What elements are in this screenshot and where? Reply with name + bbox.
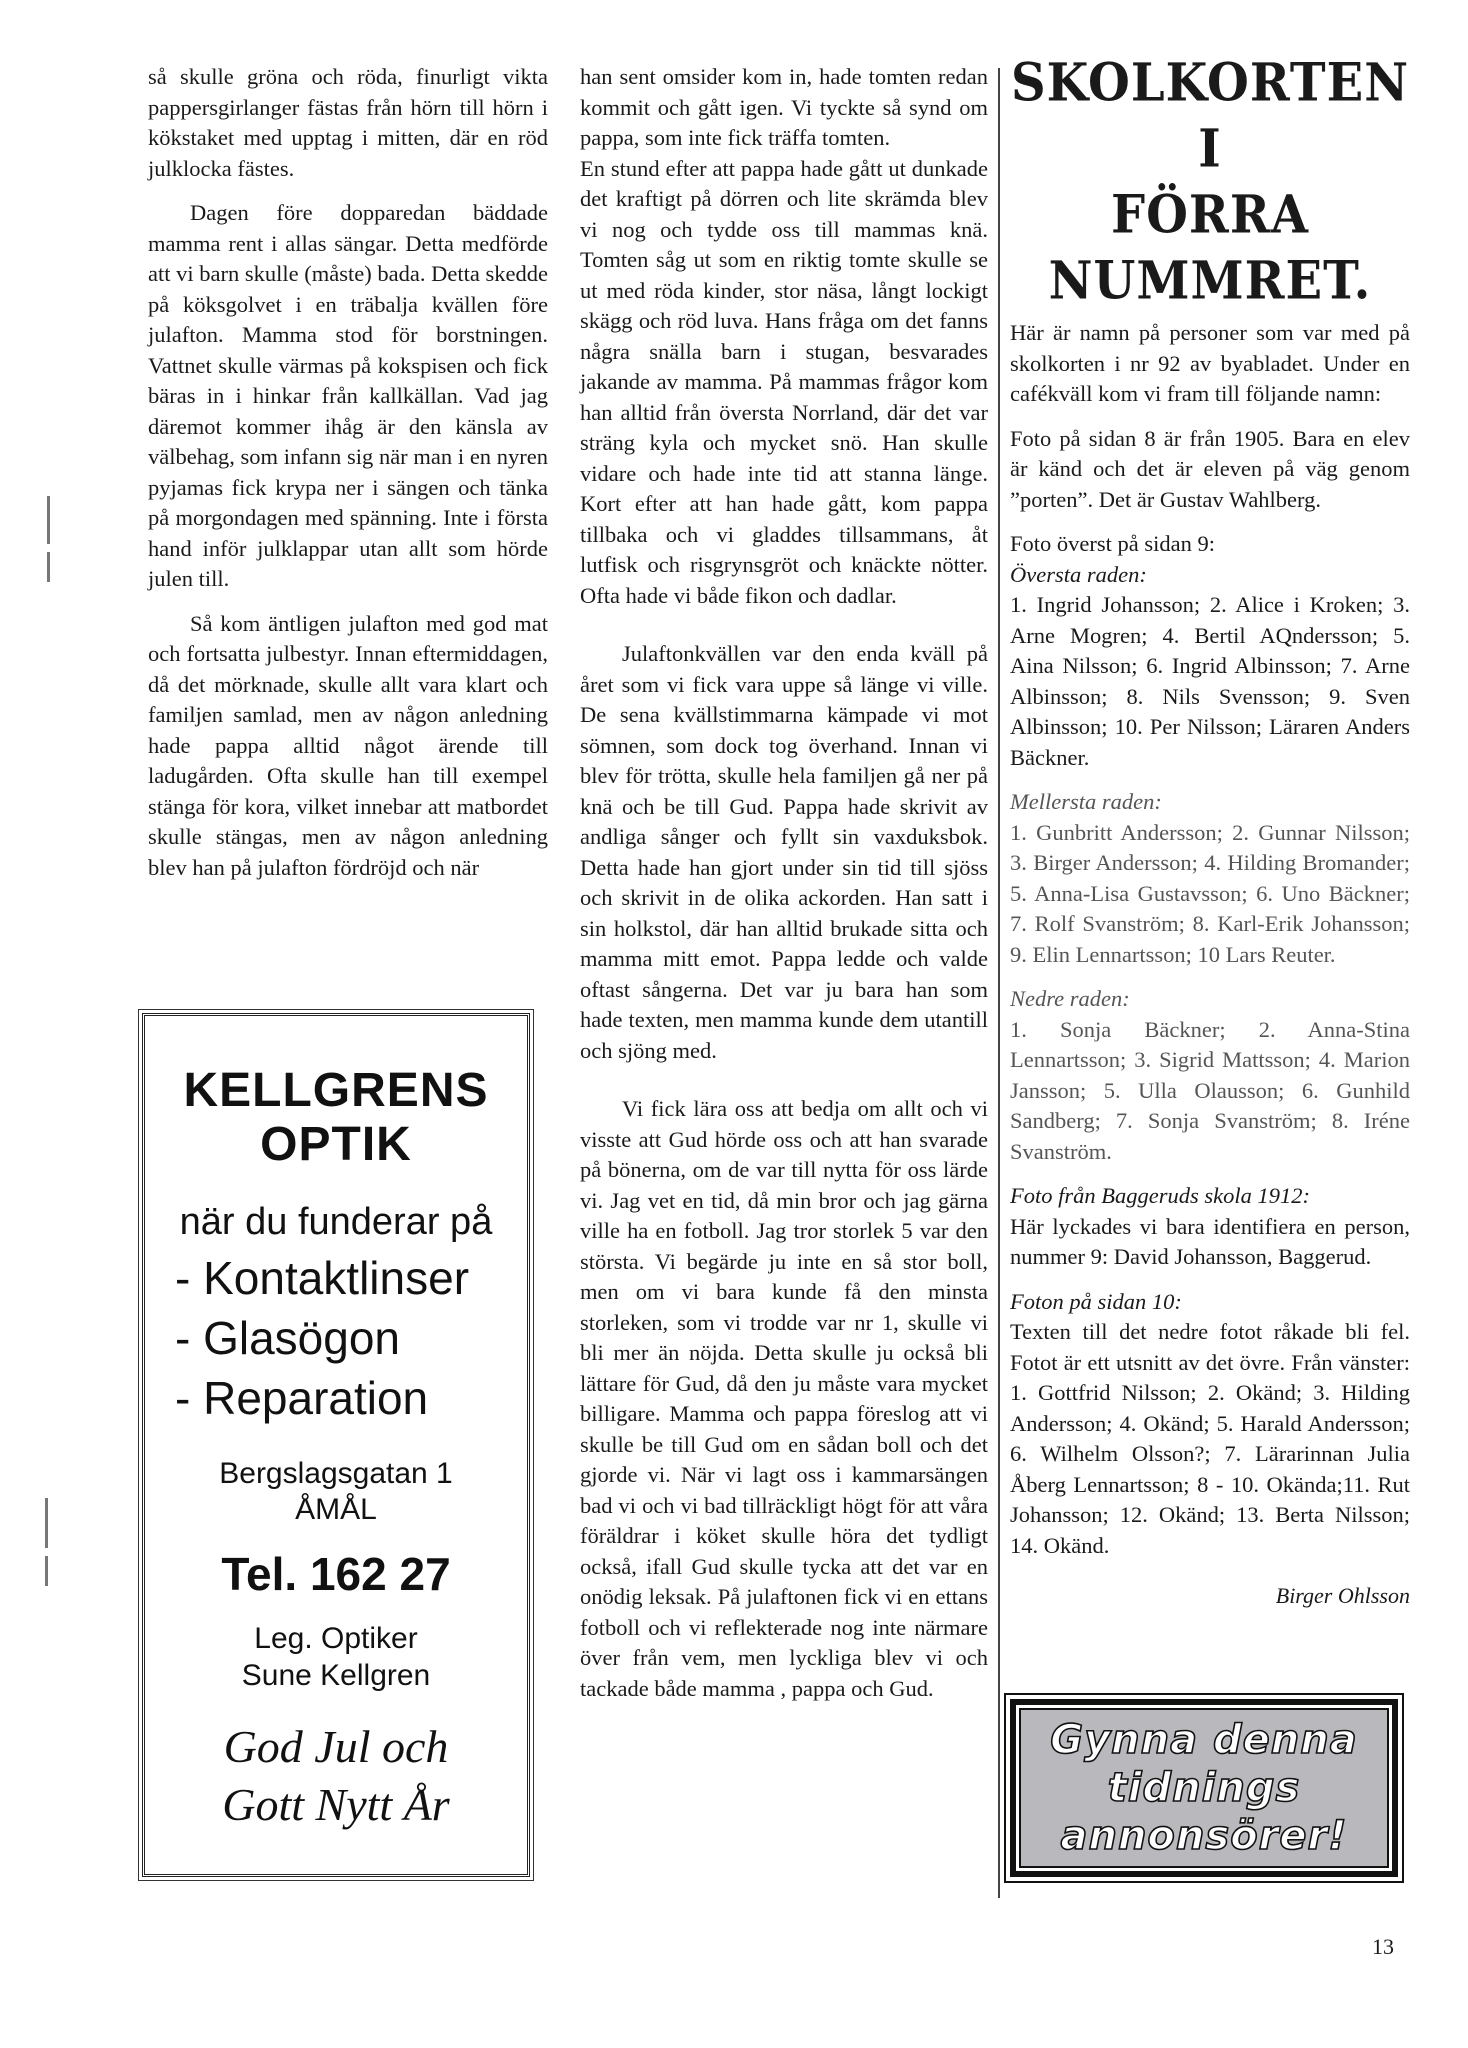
section-text: Texten till det nedre fotot råkade bli f… — [1010, 1317, 1410, 1561]
section-text: Här lyckades vi bara identifiera en pers… — [1010, 1212, 1410, 1273]
paragraph: Vi fick lära oss att bedja om allt och v… — [580, 1094, 988, 1704]
ad-service-item: - Glasögon — [175, 1308, 527, 1368]
row-label: Mellersta raden: — [1010, 787, 1410, 818]
ad-address: Bergslagsgatan 1 ÅMÅL — [145, 1456, 527, 1528]
ad-greeting: God Jul och Gott Nytt År — [145, 1718, 527, 1834]
article-column-1: så skulle gröna och röda, finurligt vikt… — [148, 62, 548, 883]
page-number: 13 — [1372, 1934, 1394, 1960]
section-label: Foto från Baggeruds skola 1912: — [1010, 1181, 1410, 1212]
support-advertisers-banner: Gynna denna tidnings annonsörer! — [1004, 1693, 1404, 1883]
row-label: Översta raden: — [1010, 560, 1410, 591]
optik-advertisement: KELLGRENS OPTIK när du funderar på - Kon… — [142, 1013, 530, 1877]
skolkorten-article: SKOLKORTEN I FÖRRA NUMMRET. Här är namn … — [1010, 62, 1410, 1609]
row-names: 1. Ingrid Johansson; 2. Alice i Kroken; … — [1010, 590, 1410, 773]
banner-line: annonsörer! — [1021, 1812, 1387, 1860]
ad-brand: KELLGRENS OPTIK — [145, 1064, 527, 1172]
author-signature: Birger Ohlsson — [1010, 1583, 1410, 1609]
banner-line: Gynna denna — [1021, 1716, 1387, 1764]
photo9-heading: Foto överst på sidan 9: — [1010, 529, 1410, 560]
paragraph: Dagen före dopparedan bäddade mamma rent… — [148, 198, 548, 595]
bottom-row-section: Nedre raden: 1. Sonja Bäckner; 2. Anna-S… — [1010, 984, 1410, 1167]
row-names: 1. Gunbritt Andersson; 2. Gunnar Nilsson… — [1010, 818, 1410, 971]
column-divider — [998, 68, 1000, 1898]
paragraph: han sent omsider kom in, hade tomten red… — [580, 62, 988, 154]
paragraph: En stund efter att pappa hade gått ut du… — [580, 154, 988, 612]
section-label: Foton på sidan 10: — [1010, 1287, 1410, 1318]
ad-phone: Tel. 162 27 — [145, 1546, 527, 1602]
baggerud-section: Foto från Baggeruds skola 1912: Här lyck… — [1010, 1181, 1410, 1273]
middle-row-section: Mellersta raden: 1. Gunbritt Andersson; … — [1010, 787, 1410, 970]
ad-service-item: - Kontaktlinser — [175, 1248, 527, 1308]
photo9-section: Foto överst på sidan 9: Översta raden: 1… — [1010, 529, 1410, 773]
ad-lead: när du funderar på — [145, 1200, 527, 1244]
row-label: Nedre raden: — [1010, 984, 1410, 1015]
scan-mark — [45, 1556, 48, 1586]
article-headline: SKOLKORTEN I FÖRRA NUMMRET. — [1010, 50, 1410, 314]
paragraph: Så kom äntligen julafton med god mat och… — [148, 609, 548, 884]
ad-service-list: - Kontaktlinser - Glasögon - Reparation — [145, 1248, 527, 1428]
paragraph: Julaftonkvällen var den enda kväll på år… — [580, 639, 988, 1066]
scan-mark — [45, 1498, 48, 1548]
article-column-2: han sent omsider kom in, hade tomten red… — [580, 62, 988, 1704]
scan-mark — [47, 552, 50, 582]
ad-service-item: - Reparation — [175, 1368, 527, 1428]
row-names: 1. Sonja Bäckner; 2. Anna-Stina Lennarts… — [1010, 1015, 1410, 1168]
page10-section: Foton på sidan 10: Texten till det nedre… — [1010, 1287, 1410, 1562]
banner-line: tidnings — [1021, 1764, 1387, 1812]
paragraph: så skulle gröna och röda, finurligt vikt… — [148, 62, 548, 184]
ad-optician: Leg. Optiker Sune Kellgren — [145, 1620, 527, 1694]
intro-paragraph: Här är namn på personer som var med på s… — [1010, 318, 1410, 410]
scan-mark — [47, 496, 50, 544]
photo8-paragraph: Foto på sidan 8 är från 1905. Bara en el… — [1010, 424, 1410, 516]
